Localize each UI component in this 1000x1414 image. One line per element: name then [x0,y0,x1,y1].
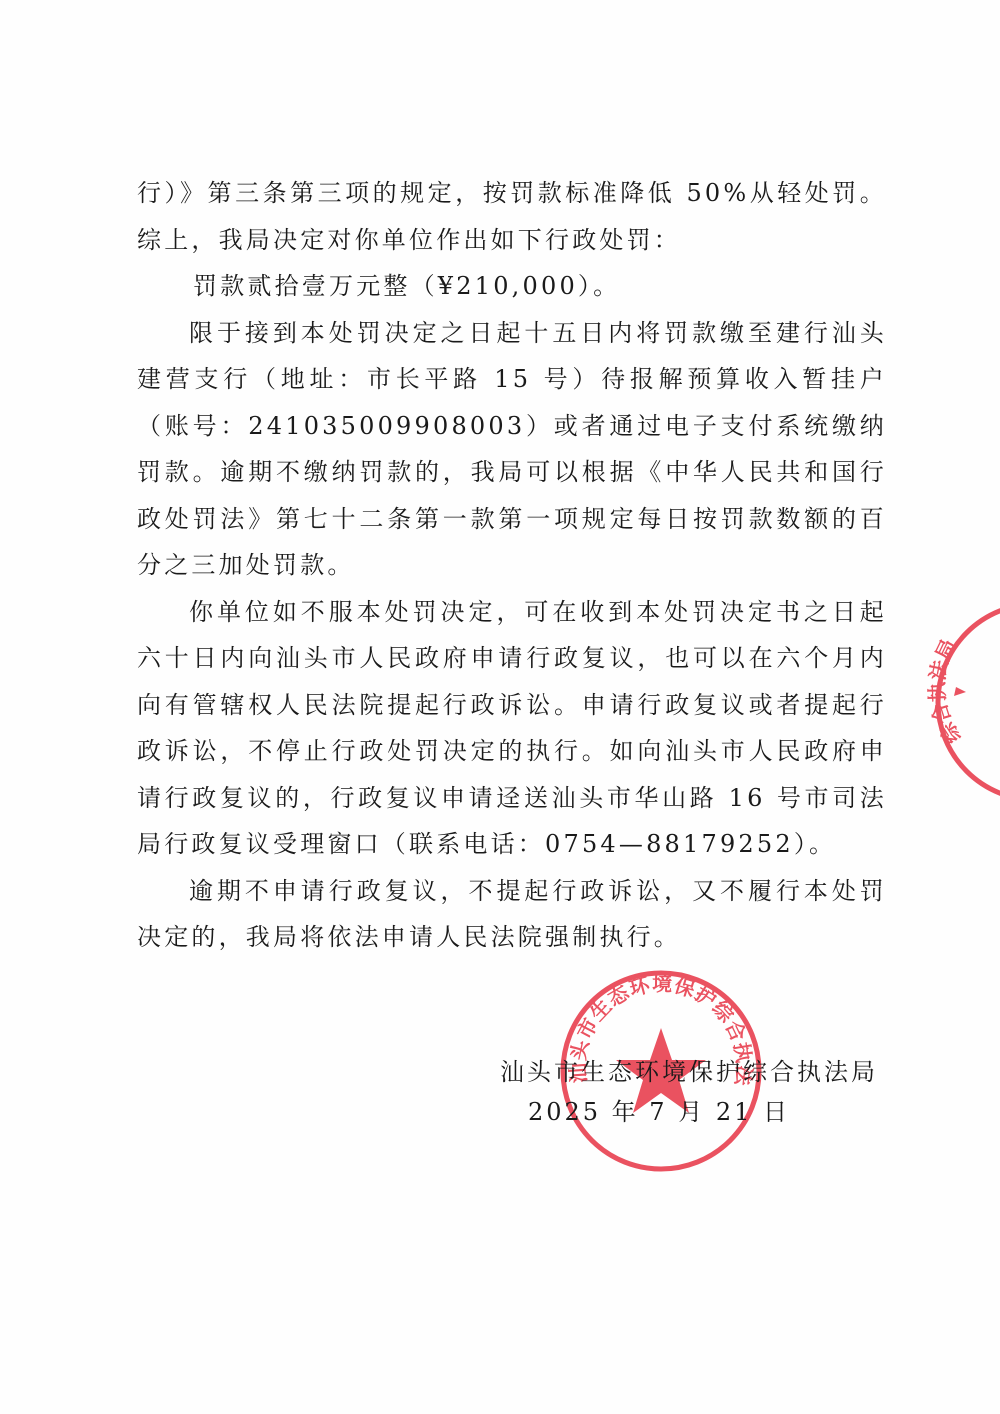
paragraph-fine-amount: 罚款贰拾壹万元整（¥210,000）。 [137,263,887,310]
paragraph-appeal-rights: 你单位如不服本处罚决定，可在收到本处罚决定书之日起六十日内向汕头市人民政府申请行… [137,589,887,868]
issue-date: 2025 年 7 月 21 日 [498,1092,878,1132]
edge-seal-icon: 综合执法局 [926,592,1000,812]
document-page: 行）》第三条第三项的规定，按罚款标准降低 50%从轻处罚。综上，我局决定对你单位… [0,0,1000,1414]
paragraph-penalty-basis: 行）》第三条第三项的规定，按罚款标准降低 50%从轻处罚。综上，我局决定对你单位… [137,170,887,263]
paragraph-enforcement: 逾期不申请行政复议，不提起行政诉讼，又不履行本处罚决定的，我局将依法申请人民法院… [137,868,887,961]
document-body: 行）》第三条第三项的规定，按罚款标准降低 50%从轻处罚。综上，我局决定对你单位… [137,170,887,961]
paragraph-payment-instructions: 限于接到本处罚决定之日起十五日内将罚款缴至建行汕头建营支行（地址：市长平路 15… [137,310,887,589]
issuing-organization: 汕头市生态环境保护综合执法局 [498,1052,878,1092]
signature-block: 汕头市生态环境保护综合执法局 2025 年 7 月 21 日 [498,1052,878,1132]
